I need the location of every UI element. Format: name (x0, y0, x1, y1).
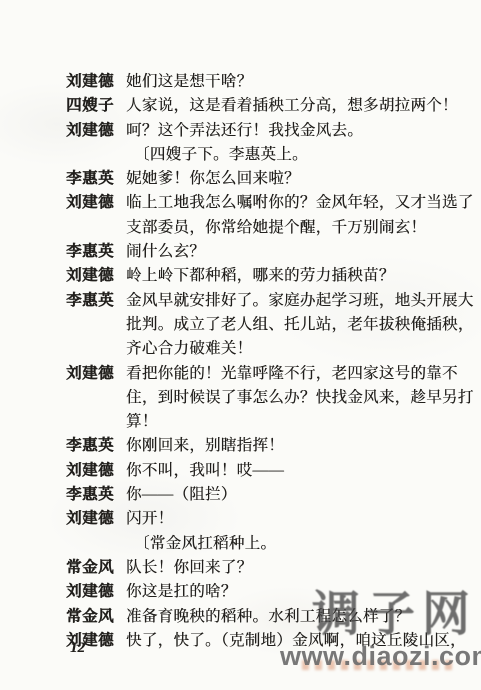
dialogue-text: 算！ (126, 410, 456, 434)
dialogue-text: 看把你能的！光靠呼隆不行，老四家这号的靠不 (126, 362, 458, 386)
speaker-name (66, 386, 126, 410)
speaker-name: 刘建德 (66, 507, 126, 531)
script-line-continuation: 算！ (0, 410, 481, 434)
script-line: 李惠英闹什么玄？ (0, 240, 481, 264)
speaker-name: 刘建德 (66, 362, 126, 386)
speaker-name: 李惠英 (66, 240, 126, 264)
stage-direction: 〔常金风扛稻种上。 (0, 532, 481, 556)
speaker-name: 刘建德 (66, 119, 126, 143)
stage-direction-text: 〔四嫂子下。李惠英上。 (126, 143, 456, 167)
script-dialogue-block: 刘建德她们这是想干啥？ 四嫂子人家说，这是看着插秧工分高，想多胡拉两个！ 刘建德… (0, 70, 481, 653)
speaker-name: 李惠英 (66, 289, 126, 313)
speaker-name: 刘建德 (66, 191, 126, 215)
speaker-name: 四嫂子 (66, 94, 126, 118)
script-line-continuation: 住，到时候误了事怎么办？快找金风来，趁早另打 (0, 386, 481, 410)
speaker-name: 刘建德 (66, 70, 126, 94)
dialogue-text: 金风早就安排好了。家庭办起学习班，地头开展大 (126, 289, 474, 313)
speaker-name (66, 313, 126, 337)
dialogue-text: 闹什么玄？ (126, 240, 456, 264)
speaker-name: 李惠英 (66, 434, 126, 458)
dialogue-text: 她们这是想干啥？ (126, 70, 456, 94)
script-line: 刘建德岭上岭下都种稻，哪来的劳力插秧苗？ (0, 264, 481, 288)
speaker-name: 刘建德 (66, 580, 126, 604)
stage-direction: 〔四嫂子下。李惠英上。 (0, 143, 481, 167)
dialogue-text: 你——（阻拦） (126, 483, 456, 507)
speaker-name: 常金风 (66, 556, 126, 580)
script-line: 刘建德你不叫，我叫！哎—— (0, 459, 481, 483)
dialogue-text: 呵？这个弄法还行！我找金风去。 (126, 119, 456, 143)
dialogue-text: 支部委员，你常给她提个醒，千万别闹玄！ (126, 216, 456, 240)
script-line: 刘建德闪开！ (0, 507, 481, 531)
watermark-site-url: www.diaozi.com (280, 641, 481, 672)
dialogue-text: 你不叫，我叫！哎—— (126, 459, 456, 483)
speaker-name: 李惠英 (66, 167, 126, 191)
speaker-name (66, 143, 126, 167)
speaker-name (66, 216, 126, 240)
script-line: 李惠英金风早就安排好了。家庭办起学习班，地头开展大 (0, 289, 481, 313)
script-line: 刘建德她们这是想干啥？ (0, 70, 481, 94)
script-line-continuation: 支部委员，你常给她提个醒，千万别闹玄！ (0, 216, 481, 240)
script-line: 刘建德临上工地我怎么嘱咐你的？金风年轻，又才当选了 (0, 191, 481, 215)
speaker-name: 刘建德 (66, 459, 126, 483)
script-line-continuation: 批判。成立了老人组、托儿站，老年拔秧俺插秧， (0, 313, 481, 337)
script-line: 刘建德看把你能的！光靠呼隆不行，老四家这号的靠不 (0, 362, 481, 386)
speaker-name (66, 337, 126, 361)
dialogue-text: 齐心合力破难关！ (126, 337, 456, 361)
scanned-book-page: 刘建德她们这是想干啥？ 四嫂子人家说，这是看着插秧工分高，想多胡拉两个！ 刘建德… (0, 0, 481, 690)
dialogue-text: 闪开！ (126, 507, 456, 531)
speaker-name (66, 410, 126, 434)
dialogue-text: 批判。成立了老人组、托儿站，老年拔秧俺插秧， (126, 313, 474, 337)
speaker-name: 李惠英 (66, 483, 126, 507)
speaker-name: 常金风 (66, 605, 126, 629)
script-line: 刘建德呵？这个弄法还行！我找金风去。 (0, 119, 481, 143)
dialogue-text: 队长！你回来了？ (126, 556, 456, 580)
dialogue-text: 住，到时候误了事怎么办？快找金风来，趁早另打 (126, 386, 474, 410)
dialogue-text: 岭上岭下都种稻，哪来的劳力插秧苗？ (126, 264, 456, 288)
stage-direction-text: 〔常金风扛稻种上。 (126, 532, 456, 556)
page-number: 12 (70, 640, 85, 657)
script-line-continuation: 齐心合力破难关！ (0, 337, 481, 361)
speaker-name: 刘建德 (66, 264, 126, 288)
watermark-site-name: 调子网 (312, 589, 477, 642)
script-line: 常金风队长！你回来了？ (0, 556, 481, 580)
script-line: 李惠英你——（阻拦） (0, 483, 481, 507)
dialogue-text: 临上工地我怎么嘱咐你的？金风年轻，又才当选了 (126, 191, 474, 215)
dialogue-text: 妮她爹！你怎么回来啦？ (126, 167, 456, 191)
script-line: 李惠英你刚回来，别瞎指挥！ (0, 434, 481, 458)
script-line: 李惠英妮她爹！你怎么回来啦？ (0, 167, 481, 191)
dialogue-text: 人家说，这是看着插秧工分高，想多胡拉两个！ (126, 94, 458, 118)
script-line: 四嫂子人家说，这是看着插秧工分高，想多胡拉两个！ (0, 94, 481, 118)
speaker-name (66, 532, 126, 556)
dialogue-text: 你刚回来，别瞎指挥！ (126, 434, 456, 458)
